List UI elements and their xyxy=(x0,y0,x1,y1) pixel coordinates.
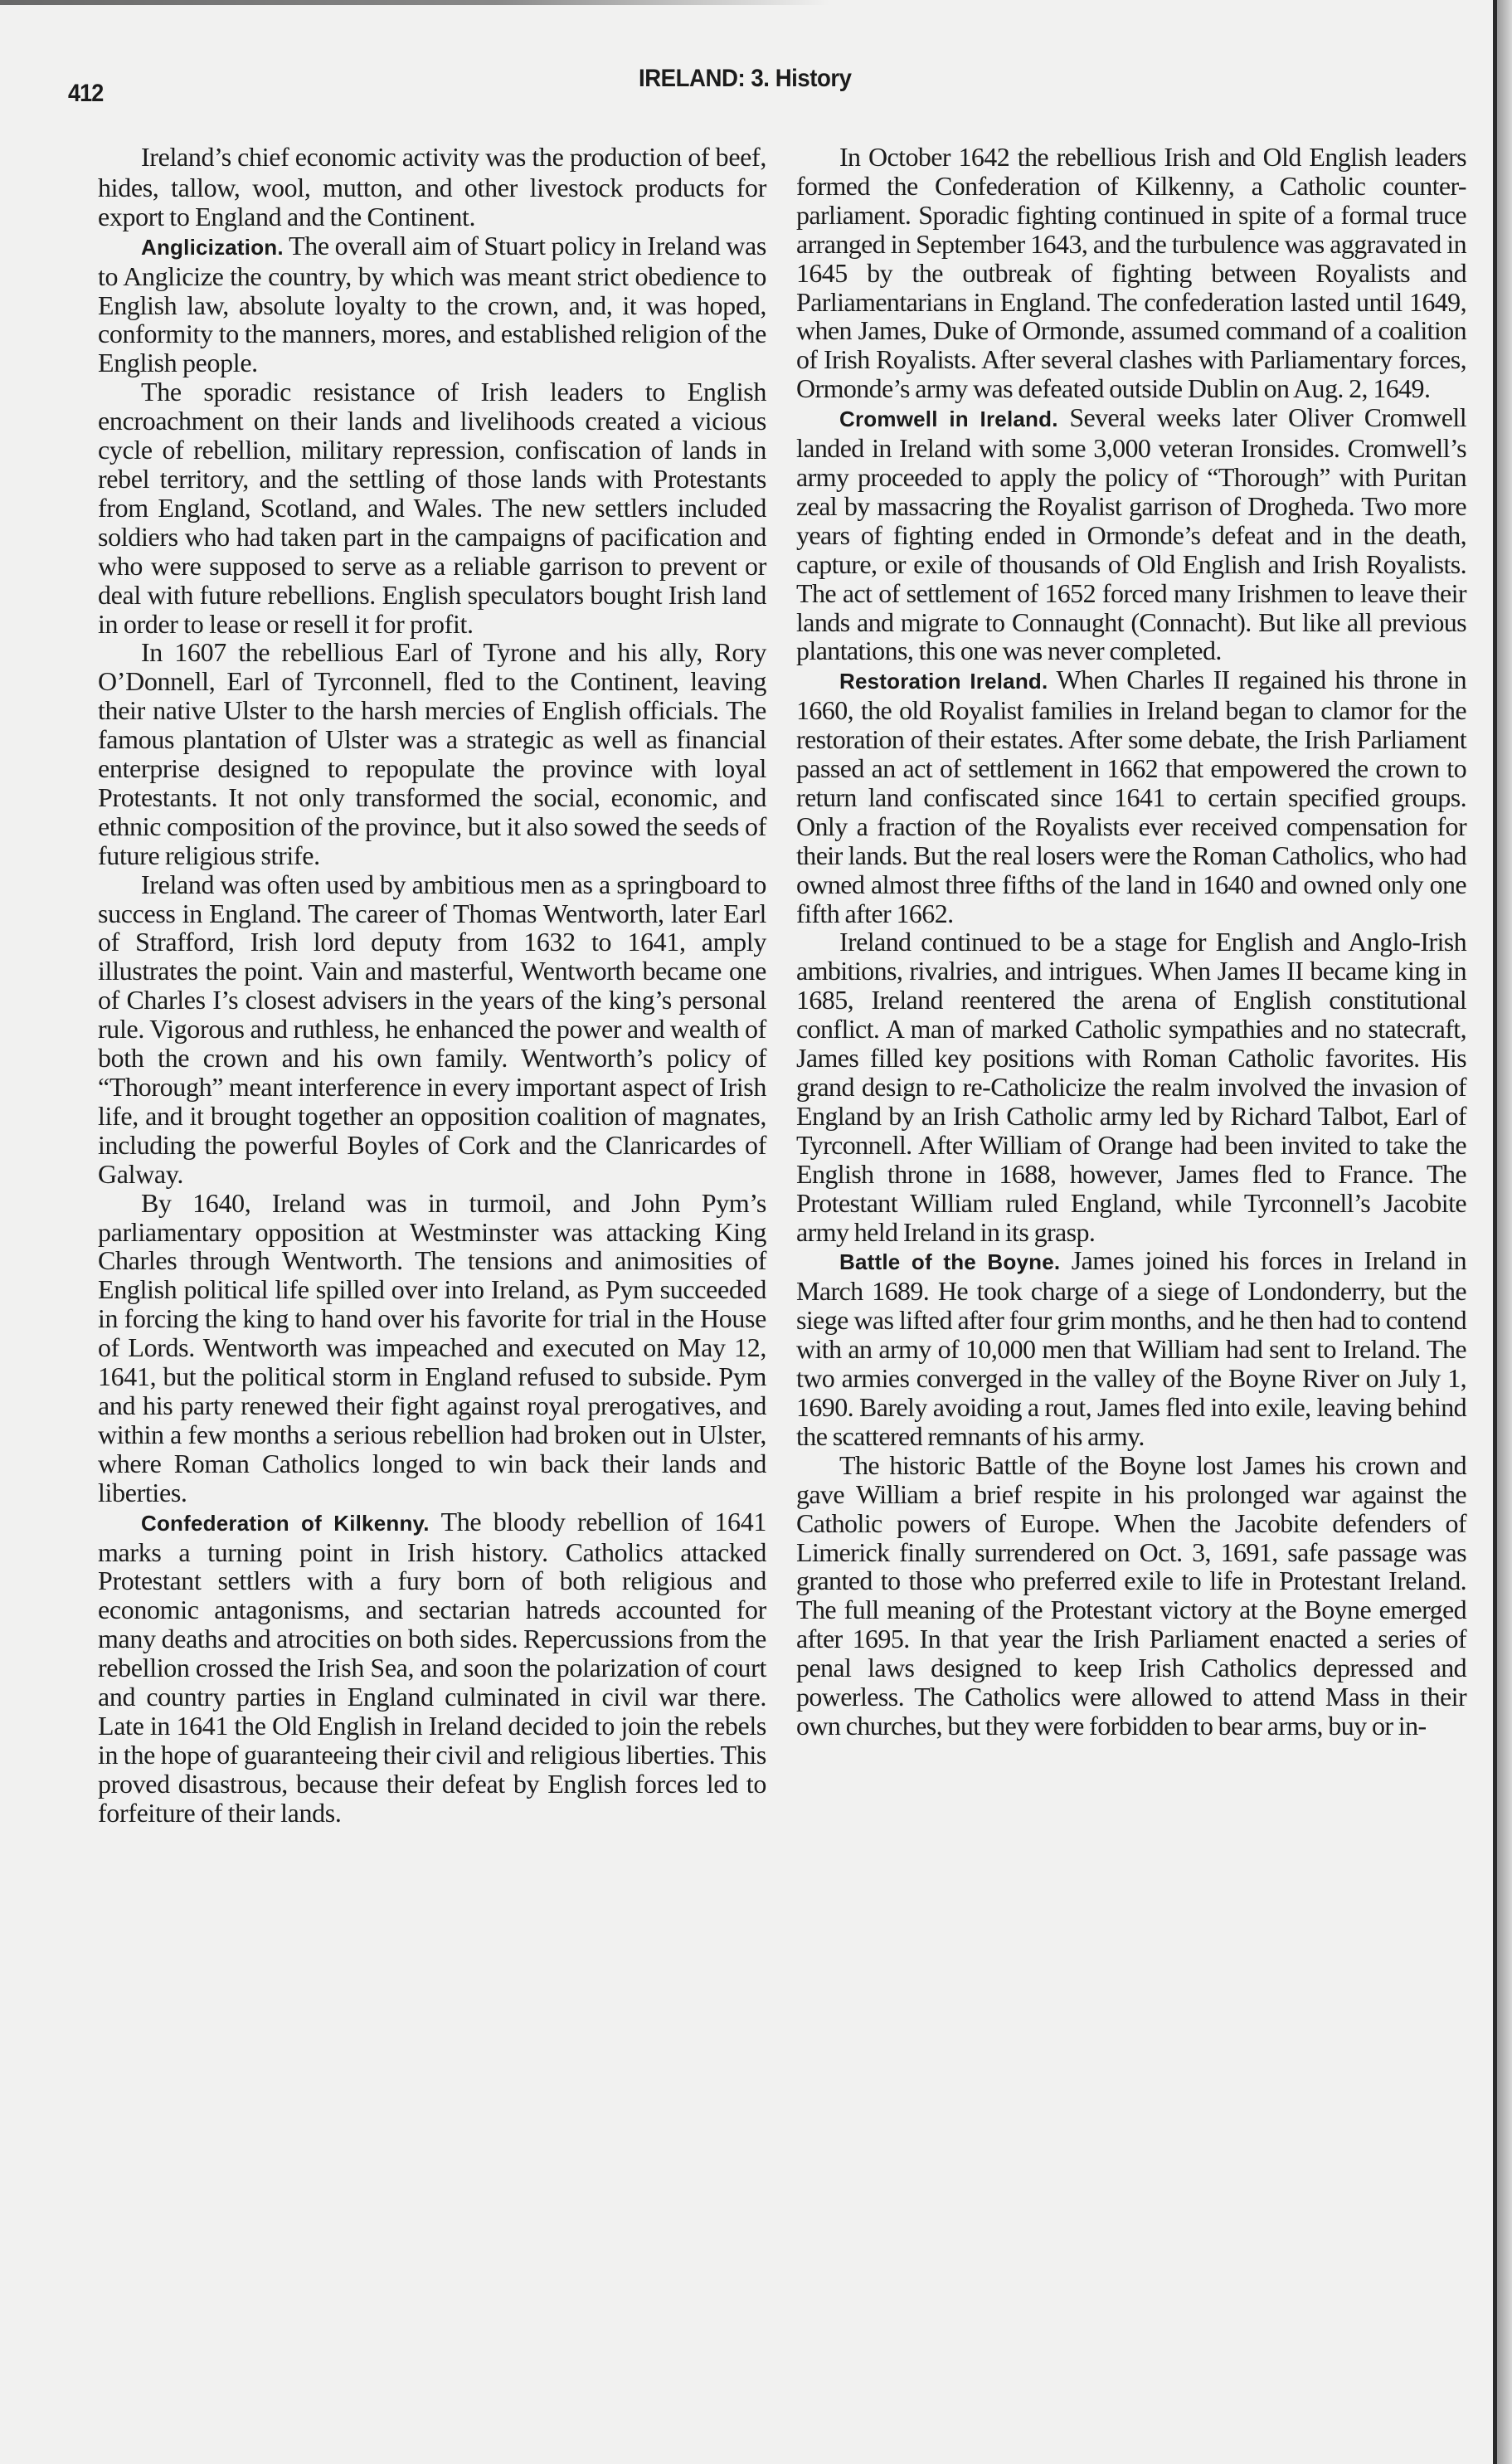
page-number: 412 xyxy=(68,80,103,108)
paragraph-text: The historic Battle of the Boyne lost Ja… xyxy=(796,1450,1466,1741)
section-heading-restoration-ireland: Restoration Ireland. xyxy=(839,669,1048,694)
paragraph-october-1642: In October 1642 the rebellious Irish and… xyxy=(796,143,1466,403)
paragraph-1607-ulster: In 1607 the rebellious Earl of Tyrone an… xyxy=(98,638,766,869)
paragraph-text: The bloody rebellion of 1641 marks a tur… xyxy=(98,1507,766,1828)
paragraph-text: In October 1642 the rebellious Irish and… xyxy=(796,142,1466,403)
page-top-edge-shadow xyxy=(0,0,829,5)
paragraph-cromwell: Cromwell in Ireland. Several weeks later… xyxy=(796,403,1466,665)
paragraph-text: James joined his forces in Ireland in Ma… xyxy=(796,1245,1466,1450)
paragraph-text: In 1607 the rebellious Earl of Tyrone an… xyxy=(98,637,766,869)
section-heading-battle-of-the-boyne: Battle of the Boyne. xyxy=(839,1249,1060,1274)
paragraph-text: When Charles II regained his throne in 1… xyxy=(796,665,1466,928)
paragraph-james-ii: Ireland continued to be a stage for Engl… xyxy=(796,928,1466,1246)
paragraph-text: By 1640, Ireland was in turmoil, and Joh… xyxy=(98,1188,766,1507)
running-head: IRELAND: 3. History xyxy=(639,65,852,93)
right-column: In October 1642 the rebellious Irish and… xyxy=(796,143,1466,1741)
paragraph-wentworth: Ireland was often used by ambitious men … xyxy=(98,870,766,1189)
paragraph-text: The sporadic resistance of Irish leaders… xyxy=(98,377,766,638)
paragraph-text: Ireland continued to be a stage for Engl… xyxy=(796,927,1466,1246)
section-heading-confederation-of-kilkenny: Confederation of Kilkenny. xyxy=(141,1511,430,1536)
paragraph-restoration: Restoration Ireland. When Charles II reg… xyxy=(796,665,1466,928)
paragraph-battle-of-boyne: Battle of the Boyne. James joined his fo… xyxy=(796,1246,1466,1450)
adjacent-page-strip xyxy=(1497,0,1512,2464)
section-heading-anglicization: Anglicization. xyxy=(141,235,284,260)
paragraph-confederation-kilkenny: Confederation of Kilkenny. The bloody re… xyxy=(98,1507,766,1828)
paragraph-text: Ireland was often used by ambitious men … xyxy=(98,869,766,1189)
paragraph-sporadic-resistance: The sporadic resistance of Irish leaders… xyxy=(98,377,766,638)
paragraph-1640-turmoil: By 1640, Ireland was in turmoil, and Joh… xyxy=(98,1189,766,1507)
paragraph-economic-activity: Ireland’s chief economic activity was th… xyxy=(98,143,766,231)
paragraph-text: Ireland’s chief economic activity was th… xyxy=(98,142,766,231)
paragraph-historic-battle: The historic Battle of the Boyne lost Ja… xyxy=(796,1451,1466,1741)
left-column: Ireland’s chief economic activity was th… xyxy=(98,143,766,1828)
section-heading-cromwell-in-ireland: Cromwell in Ireland. xyxy=(839,407,1058,431)
paragraph-anglicization: Anglicization. The overall aim of Stuart… xyxy=(98,231,766,378)
paragraph-text: Several weeks later Oliver Cromwell land… xyxy=(796,402,1466,665)
